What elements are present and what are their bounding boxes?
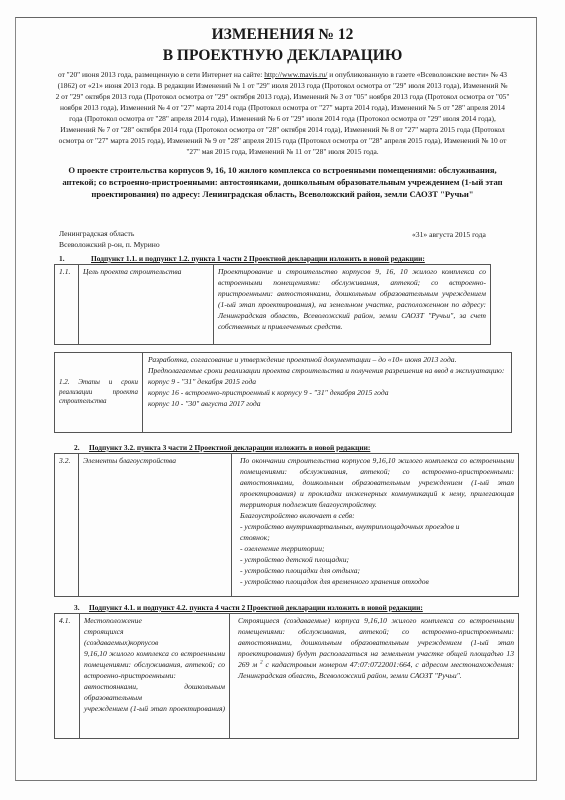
table-1-2: 1.2. Этапы и сроки реализации проекта ст… xyxy=(54,352,512,433)
row-content: Проектирование и строительство корпусов … xyxy=(214,265,491,345)
section-1-heading: 1.Подпункт 1.1. и подпункт 1.2. пункта 1… xyxy=(59,254,425,263)
row-number: 1.1. xyxy=(55,265,79,345)
content-text-cont: с кадастровым номером 47:07:0722001:664,… xyxy=(238,660,514,680)
document-date: «31» августа 2015 года xyxy=(412,229,486,240)
section-2-heading: 2.Подпункт 3.2. пункта 3 части 2 Проектн… xyxy=(74,443,370,452)
section-heading-text: Подпункт 3.2. пункта 3 части 2 Проектной… xyxy=(89,443,370,452)
row-label: Элементы благоустройства xyxy=(79,454,232,597)
label-line: учреждением (1-ый этап проектирования) xyxy=(84,703,225,714)
table-row: 3.2. Элементы благоустройства По окончан… xyxy=(55,454,519,597)
content-line: - устройство площадки для отдыха; xyxy=(240,565,514,576)
document-title: ИЗМЕНЕНИЯ № 12 xyxy=(0,25,565,44)
section-heading-text: Подпункт 4.1. и подпункт 4.2. пункта 4 ч… xyxy=(89,603,423,612)
content-line: - устройство площадок для временного хра… xyxy=(240,576,514,587)
content-line: Благоустройство включает в себя: xyxy=(240,510,514,521)
section-number: 2. xyxy=(74,443,89,452)
website-link[interactable]: http://www.mavis.ru/ xyxy=(264,70,327,79)
content-line: Предполагаемые сроки реализации проекта … xyxy=(148,365,507,376)
place-block: Ленинградская область Всеволожский р-он,… xyxy=(59,228,160,250)
content-line: - устройство внутриквартальных, внутрипл… xyxy=(240,521,470,543)
label-line: 9,16,10 жилого комплекса со встроенными … xyxy=(84,648,225,703)
table-row: 1.2. Этапы и сроки реализации проекта ст… xyxy=(55,353,512,433)
document-subtitle: В ПРОЕКТНУЮ ДЕКЛАРАЦИЮ xyxy=(0,46,565,65)
label-line: строящихся xyxy=(84,626,225,637)
section-heading-text: Подпункт 1.1. и подпункт 1.2. пункта 1 ч… xyxy=(91,254,425,263)
table-4-1: 4.1. Местоположение строящихся (создавае… xyxy=(54,613,519,739)
row-label: 1.2. Этапы и сроки реализации проекта ст… xyxy=(55,353,143,433)
table-row: 1.1. Цель проекта строительства Проектир… xyxy=(55,265,491,345)
row-label: Местоположение строящихся (создаваемых)к… xyxy=(80,614,230,739)
row-label: Цель проекта строительства xyxy=(79,265,214,345)
content-line: корпус 10 - "30" августа 2017 года xyxy=(148,398,507,409)
table-3-2: 3.2. Элементы благоустройства По окончан… xyxy=(54,453,519,597)
content-line: корпус 9 - "31" декабря 2015 года xyxy=(148,376,507,387)
intro-text-after: и опубликованную в газете «Всеволожские … xyxy=(56,70,510,156)
content-line: - устройство детской площадки; xyxy=(240,554,514,565)
content-line: Разработка, согласование и утверждение п… xyxy=(148,354,507,365)
intro-paragraph: от "20" июня 2013 года, размещенную в се… xyxy=(55,69,510,157)
row-number: 4.1. xyxy=(55,614,80,739)
place-district: Всеволожский р-он, п. Мурино xyxy=(59,239,160,250)
content-line: корпус 16 - встроенно-пристроенный к кор… xyxy=(148,387,507,398)
intro-text-before: от "20" июня 2013 года, размещенную в се… xyxy=(58,70,264,79)
row-content: Разработка, согласование и утверждение п… xyxy=(143,353,512,433)
row-content: По окончании строительства корпусов 9,16… xyxy=(232,454,519,597)
table-row: 4.1. Местоположение строящихся (создавае… xyxy=(55,614,519,739)
label-line: (создаваемых)корпусов xyxy=(84,637,225,648)
row-content: Строящиеся (создаваемые) корпуса 9,16,10… xyxy=(230,614,519,739)
label-line: Местоположение xyxy=(84,615,225,626)
section-number: 1. xyxy=(59,254,91,263)
place-region: Ленинградская область xyxy=(59,228,160,239)
row-number: 3.2. xyxy=(55,454,79,597)
content-line: - озеленение территории; xyxy=(240,543,514,554)
project-about-heading: О проекте строительства корпусов 9, 16, … xyxy=(55,164,510,200)
section-3-heading: 3.Подпункт 4.1. и подпункт 4.2. пункта 4… xyxy=(74,603,423,612)
section-number: 3. xyxy=(74,603,89,612)
content-line: По окончании строительства корпусов 9,16… xyxy=(240,455,514,510)
table-1-1: 1.1. Цель проекта строительства Проектир… xyxy=(54,264,491,345)
